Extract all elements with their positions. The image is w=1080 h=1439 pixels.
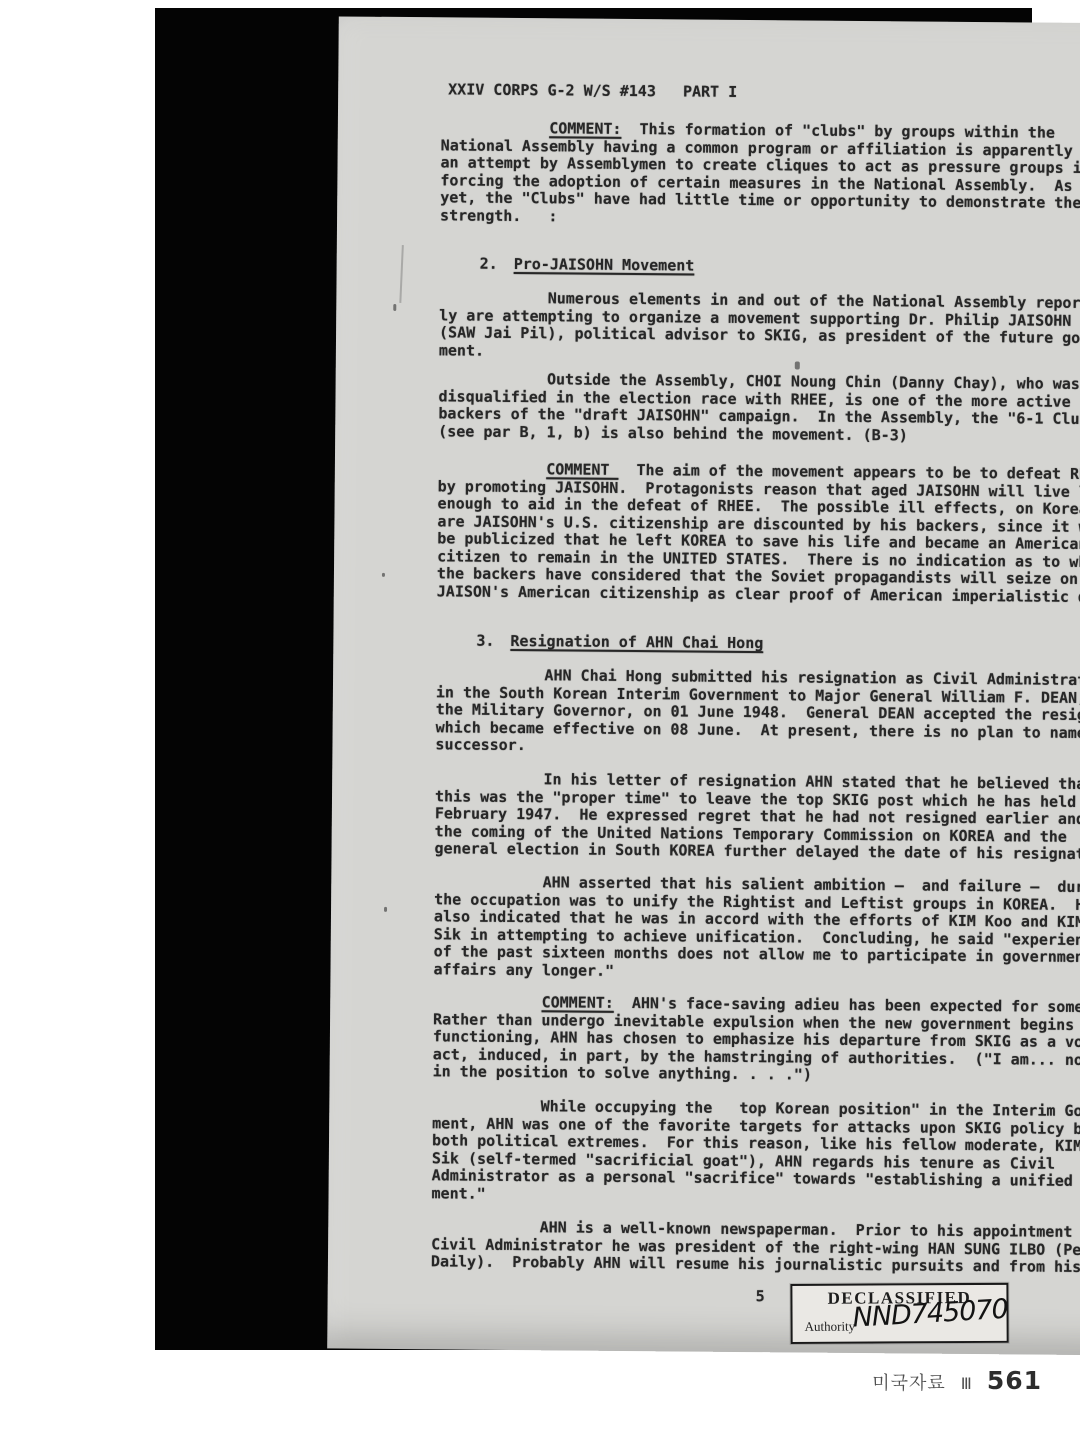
paragraph-comment-jaisohn: COMMENT The aim of the movement appears … bbox=[437, 460, 1080, 606]
paragraph-comment-ahn: COMMENT: AHN's face-saving adieu has bee… bbox=[433, 993, 1080, 1087]
scan-scratch bbox=[399, 245, 404, 303]
caption-series: 미국자료 bbox=[872, 1369, 946, 1395]
scan-speck bbox=[384, 907, 387, 912]
photo-black-background: XXIV CORPS G-2 W/S #143 PART I COMMENT: … bbox=[155, 8, 1032, 1350]
paragraph-indent bbox=[433, 992, 542, 1011]
paragraph-comment-clubs: COMMENT: This formation of "clubs" by gr… bbox=[440, 119, 1080, 230]
page-number: 5 bbox=[756, 1288, 765, 1306]
caption-roman-numeral: Ⅲ bbox=[961, 1374, 972, 1393]
declassified-stamp: DECLASSIFIED Authority NND745070 bbox=[790, 1283, 1008, 1344]
book-footer-caption: 미국자료 Ⅲ 561 bbox=[872, 1366, 1042, 1395]
paragraph-indent bbox=[441, 118, 550, 137]
comment-label: COMMENT: bbox=[549, 119, 621, 138]
document-page: XXIV CORPS G-2 W/S #143 PART I COMMENT: … bbox=[327, 16, 1080, 1355]
scan-speck bbox=[393, 304, 396, 311]
paragraph-ahn-targets: While occupying the top Korean position"… bbox=[431, 1097, 1080, 1208]
paragraph-text: The aim of the movement appears to be to… bbox=[437, 461, 1080, 606]
caption-page-number: 561 bbox=[987, 1366, 1042, 1395]
paragraph-ahn-ambition: AHN asserted that his salient ambition —… bbox=[433, 873, 1080, 984]
scanned-document-view: XXIV CORPS G-2 W/S #143 PART I COMMENT: … bbox=[0, 0, 1080, 1439]
paragraph-jaisohn-movement: Numerous elements in and out of the Nati… bbox=[439, 289, 1080, 365]
paragraph-ahn-resignation: AHN Chai Hong submitted his resignation … bbox=[435, 666, 1080, 760]
document-header: XXIV CORPS G-2 W/S #143 PART I bbox=[448, 81, 737, 101]
paragraph-indent bbox=[438, 459, 547, 478]
scan-speck bbox=[382, 573, 385, 577]
section-title: Pro-JAISOHN Movement bbox=[514, 255, 695, 275]
paragraph-choi-noung-chin: Outside the Assembly, CHOI Noung Chin (D… bbox=[438, 370, 1080, 446]
paragraph-resignation-letter: In his letter of resignation AHN stated … bbox=[434, 770, 1080, 864]
stamp-authority-label: Authority bbox=[805, 1319, 856, 1335]
comment-label: COMMENT bbox=[546, 460, 618, 479]
section-number: 3. bbox=[476, 632, 494, 650]
section-number: 2. bbox=[480, 255, 498, 273]
comment-label: COMMENT: bbox=[542, 993, 614, 1012]
section-3-heading: 3.Resignation of AHN Chai Hong bbox=[476, 633, 763, 653]
scan-speck bbox=[795, 361, 800, 369]
section-2-heading: 2.Pro-JAISOHN Movement bbox=[480, 256, 695, 275]
paragraph-ahn-newspaperman: AHN is a well-known newspaperman. Prior … bbox=[431, 1218, 1080, 1277]
section-title: Resignation of AHN Chai Hong bbox=[510, 632, 763, 652]
